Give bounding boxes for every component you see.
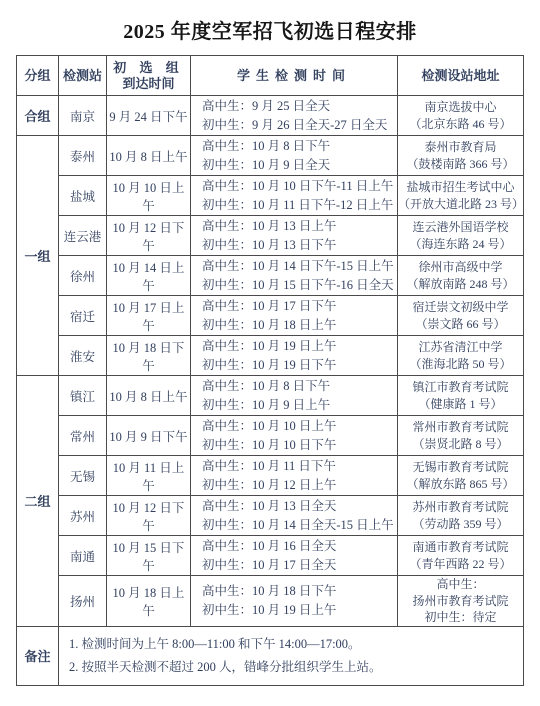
- group-label: 合组: [17, 96, 59, 136]
- arrival-time: 10 月 8 日上午: [107, 136, 191, 176]
- address-line: 南通市教育考试院: [398, 539, 523, 556]
- address-line: （健康路 1 号）: [398, 396, 523, 413]
- address-line: （北京东路 46 号）: [398, 116, 523, 133]
- station-name: 常州: [59, 416, 107, 456]
- header-address: 检测设站地址: [398, 56, 524, 96]
- station-name: 徐州: [59, 256, 107, 296]
- exam-time-line: 初中生：10 月 10 日下午: [202, 436, 397, 455]
- page-title: 2025 年度空军招飞初选日程安排: [0, 0, 540, 44]
- exam-time-line: 高中生：10 月 8 日下午: [202, 377, 397, 396]
- station-address: 连云港外国语学校（海连东路 24 号）: [398, 216, 524, 256]
- exam-time: 高中生：9 月 25 日全天初中生：9 月 26 日全天-27 日全天: [191, 96, 398, 136]
- group-label: 一组: [17, 136, 59, 376]
- header-arrival-line1: 初 选 组: [107, 60, 190, 76]
- station-address: 南通市教育考试院（青年西路 22 号）: [398, 536, 524, 576]
- exam-time-line: 高中生：10 月 16 日全天: [202, 537, 397, 556]
- station-name: 盐城: [59, 176, 107, 216]
- station-address: 镇江市教育考试院（健康路 1 号）: [398, 376, 524, 416]
- table-row: 一组泰州10 月 8 日上午高中生：10 月 8 日下午初中生：10 月 9 日…: [17, 136, 524, 176]
- exam-time-line: 高中生：10 月 18 日下午: [202, 582, 397, 601]
- document-page: 2025 年度空军招飞初选日程安排 分组 检测站 初 选 组 到达时间 学生检测…: [0, 0, 540, 706]
- exam-time-line: 初中生：10 月 17 日全天: [202, 556, 397, 575]
- table-row: 南通10 月 15 日下午高中生：10 月 16 日全天初中生：10 月 17 …: [17, 536, 524, 576]
- exam-time: 高中生：10 月 16 日全天初中生：10 月 17 日全天: [191, 536, 398, 576]
- address-line: （鼓楼南路 366 号）: [398, 156, 523, 173]
- address-line: 南京选拔中心: [398, 99, 523, 116]
- arrival-time: 10 月 8 日上午: [107, 376, 191, 416]
- address-line: （劳动路 359 号）: [398, 516, 523, 533]
- exam-time-line: 初中生：9 月 26 日全天-27 日全天: [202, 116, 397, 135]
- station-address: 无锡市教育考试院（解放东路 865 号）: [398, 456, 524, 496]
- header-row: 分组 检测站 初 选 组 到达时间 学生检测时间 检测设站地址: [17, 56, 524, 96]
- table-row: 扬州10 月 18 日上午高中生：10 月 18 日下午初中生：10 月 19 …: [17, 576, 524, 627]
- address-line: 徐州市高级中学: [398, 259, 523, 276]
- exam-time: 高中生：10 月 10 日上午初中生：10 月 10 日下午: [191, 416, 398, 456]
- exam-time-line: 高中生：10 月 10 日下午-11 日上午: [202, 177, 397, 196]
- notes-row: 备注1. 检测时间为上午 8:00—11:00 和下午 14:00—17:00。…: [17, 626, 524, 685]
- exam-time-line: 初中生：10 月 11 日下午-12 日上午: [202, 196, 397, 215]
- arrival-time: 10 月 15 日下午: [107, 536, 191, 576]
- arrival-time: 10 月 10 日上午: [107, 176, 191, 216]
- exam-time: 高中生：10 月 19 日上午初中生：10 月 19 日下午: [191, 336, 398, 376]
- exam-time-line: 高中生：10 月 13 日全天: [202, 497, 397, 516]
- station-name: 扬州: [59, 576, 107, 627]
- exam-time-line: 初中生：10 月 14 日全天-15 日上午: [202, 516, 397, 535]
- header-group: 分组: [17, 56, 59, 96]
- address-line: （崇贤北路 8 号）: [398, 436, 523, 453]
- exam-time: 高中生：10 月 14 日下午-15 日上午初中生：10 月 15 日下午-16…: [191, 256, 398, 296]
- table-row: 无锡10 月 11 日上午高中生：10 月 11 日下午初中生：10 月 12 …: [17, 456, 524, 496]
- address-line: （解放南路 248 号）: [398, 276, 523, 293]
- arrival-time: 10 月 9 日下午: [107, 416, 191, 456]
- address-line: 连云港外国语学校: [398, 219, 523, 236]
- arrival-time: 10 月 18 日上午: [107, 576, 191, 627]
- exam-time-line: 高中生：10 月 8 日下午: [202, 137, 397, 156]
- exam-time: 高中生：10 月 8 日下午初中生：10 月 9 日上午: [191, 376, 398, 416]
- notes-content: 1. 检测时间为上午 8:00—11:00 和下午 14:00—17:00。2.…: [59, 626, 524, 685]
- table-row: 淮安10 月 18 日下午高中生：10 月 19 日上午初中生：10 月 19 …: [17, 336, 524, 376]
- header-station: 检测站: [59, 56, 107, 96]
- station-name: 泰州: [59, 136, 107, 176]
- address-line: 镇江市教育考试院: [398, 379, 523, 396]
- exam-time: 高中生：10 月 13 日全天初中生：10 月 14 日全天-15 日上午: [191, 496, 398, 536]
- exam-time: 高中生：10 月 10 日下午-11 日上午初中生：10 月 11 日下午-12…: [191, 176, 398, 216]
- address-line: 初中生：待定: [398, 609, 523, 626]
- schedule-body: 合组南京9 月 24 日下午高中生：9 月 25 日全天初中生：9 月 26 日…: [17, 96, 524, 686]
- schedule-table: 分组 检测站 初 选 组 到达时间 学生检测时间 检测设站地址 合组南京9 月 …: [16, 55, 524, 686]
- arrival-time: 10 月 18 日下午: [107, 336, 191, 376]
- address-line: （青年西路 22 号）: [398, 556, 523, 573]
- table-row: 盐城10 月 10 日上午高中生：10 月 10 日下午-11 日上午初中生：1…: [17, 176, 524, 216]
- header-arrival-line2: 到达时间: [107, 76, 190, 92]
- arrival-time: 10 月 12 日下午: [107, 496, 191, 536]
- station-name: 苏州: [59, 496, 107, 536]
- header-exam-time: 学生检测时间: [191, 56, 398, 96]
- table-row: 合组南京9 月 24 日下午高中生：9 月 25 日全天初中生：9 月 26 日…: [17, 96, 524, 136]
- table-row: 连云港10 月 12 日下午高中生：10 月 13 日上午初中生：10 月 13…: [17, 216, 524, 256]
- note-line: 1. 检测时间为上午 8:00—11:00 和下午 14:00—17:00。: [69, 633, 523, 656]
- station-address: 常州市教育考试院（崇贤北路 8 号）: [398, 416, 524, 456]
- exam-time-line: 高中生：10 月 13 日上午: [202, 217, 397, 236]
- exam-time-line: 高中生：9 月 25 日全天: [202, 97, 397, 116]
- exam-time: 高中生：10 月 13 日上午初中生：10 月 13 日下午: [191, 216, 398, 256]
- station-name: 宿迁: [59, 296, 107, 336]
- notes-label: 备注: [17, 626, 59, 685]
- address-line: 无锡市教育考试院: [398, 459, 523, 476]
- address-line: 苏州市教育考试院: [398, 499, 523, 516]
- address-line: （海连东路 24 号）: [398, 236, 523, 253]
- arrival-time: 10 月 14 日上午: [107, 256, 191, 296]
- station-address: 宿迁崇文初级中学（崇文路 66 号）: [398, 296, 524, 336]
- exam-time: 高中生：10 月 18 日下午初中生：10 月 19 日上午: [191, 576, 398, 627]
- exam-time-line: 初中生：10 月 9 日上午: [202, 396, 397, 415]
- address-line: 泰州市教育局: [398, 139, 523, 156]
- exam-time-line: 初中生：10 月 12 日上午: [202, 476, 397, 495]
- address-line: 高中生：: [398, 576, 523, 593]
- address-line: （淮海北路 50 号）: [398, 356, 523, 373]
- table-row: 苏州10 月 12 日下午高中生：10 月 13 日全天初中生：10 月 14 …: [17, 496, 524, 536]
- station-name: 镇江: [59, 376, 107, 416]
- exam-time-line: 初中生：10 月 18 日上午: [202, 316, 397, 335]
- arrival-time: 10 月 11 日上午: [107, 456, 191, 496]
- station-address: 南京选拔中心（北京东路 46 号）: [398, 96, 524, 136]
- address-line: 盐城市招生考试中心: [398, 179, 523, 196]
- exam-time-line: 初中生：10 月 19 日下午: [202, 356, 397, 375]
- station-address: 高中生：扬州市教育考试院初中生：待定: [398, 576, 524, 627]
- station-address: 泰州市教育局（鼓楼南路 366 号）: [398, 136, 524, 176]
- table-row: 二组镇江10 月 8 日上午高中生：10 月 8 日下午初中生：10 月 9 日…: [17, 376, 524, 416]
- station-address: 盐城市招生考试中心（开放大道北路 23 号）: [398, 176, 524, 216]
- address-line: 江苏省清江中学: [398, 339, 523, 356]
- table-row: 徐州10 月 14 日上午高中生：10 月 14 日下午-15 日上午初中生：1…: [17, 256, 524, 296]
- station-name: 南通: [59, 536, 107, 576]
- station-name: 淮安: [59, 336, 107, 376]
- address-line: （解放东路 865 号）: [398, 476, 523, 493]
- table-row: 宿迁10 月 17 日上午高中生：10 月 17 日下午初中生：10 月 18 …: [17, 296, 524, 336]
- exam-time: 高中生：10 月 17 日下午初中生：10 月 18 日上午: [191, 296, 398, 336]
- address-line: 宿迁崇文初级中学: [398, 299, 523, 316]
- arrival-time: 10 月 17 日上午: [107, 296, 191, 336]
- header-arrival: 初 选 组 到达时间: [107, 56, 191, 96]
- exam-time-line: 高中生：10 月 19 日上午: [202, 337, 397, 356]
- exam-time-line: 初中生：10 月 9 日全天: [202, 156, 397, 175]
- table-row: 常州10 月 9 日下午高中生：10 月 10 日上午初中生：10 月 10 日…: [17, 416, 524, 456]
- exam-time-line: 高中生：10 月 17 日下午: [202, 297, 397, 316]
- exam-time: 高中生：10 月 8 日下午初中生：10 月 9 日全天: [191, 136, 398, 176]
- address-line: 常州市教育考试院: [398, 419, 523, 436]
- exam-time: 高中生：10 月 11 日下午初中生：10 月 12 日上午: [191, 456, 398, 496]
- address-line: （崇文路 66 号）: [398, 316, 523, 333]
- station-address: 苏州市教育考试院（劳动路 359 号）: [398, 496, 524, 536]
- station-name: 无锡: [59, 456, 107, 496]
- address-line: 扬州市教育考试院: [398, 593, 523, 610]
- arrival-time: 9 月 24 日下午: [107, 96, 191, 136]
- exam-time-line: 初中生：10 月 19 日上午: [202, 601, 397, 620]
- exam-time-line: 初中生：10 月 15 日下午-16 日全天: [202, 276, 397, 295]
- exam-time-line: 高中生：10 月 11 日下午: [202, 457, 397, 476]
- address-line: （开放大道北路 23 号）: [398, 196, 523, 213]
- exam-time-line: 高中生：10 月 10 日上午: [202, 417, 397, 436]
- note-line: 2. 按照半天检测不超过 200 人，错峰分批组织学生上站。: [69, 656, 523, 679]
- group-label: 二组: [17, 376, 59, 627]
- station-address: 江苏省清江中学（淮海北路 50 号）: [398, 336, 524, 376]
- station-name: 南京: [59, 96, 107, 136]
- exam-time-line: 初中生：10 月 13 日下午: [202, 236, 397, 255]
- station-name: 连云港: [59, 216, 107, 256]
- station-address: 徐州市高级中学（解放南路 248 号）: [398, 256, 524, 296]
- exam-time-line: 高中生：10 月 14 日下午-15 日上午: [202, 257, 397, 276]
- arrival-time: 10 月 12 日下午: [107, 216, 191, 256]
